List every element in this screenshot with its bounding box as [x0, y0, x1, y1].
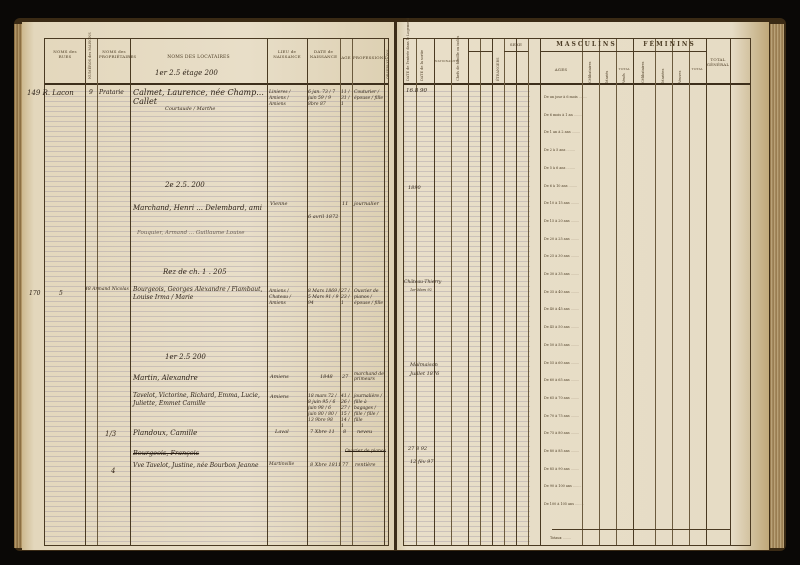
col-divider — [706, 39, 707, 545]
entry-date-note: Malmaison — [410, 363, 438, 368]
age-group: De 100 à 105 ans — [544, 502, 584, 506]
col-divider — [492, 39, 493, 545]
age-group: De 30 à 35 ans — [544, 272, 579, 276]
header-numero: NUMÉROS des MAISONS — [88, 45, 92, 79]
header-masculins: MASCULINS — [540, 42, 633, 47]
col-divider — [451, 39, 452, 545]
entry-date-note: Juillet 1876 — [410, 372, 439, 377]
subheader-line — [468, 51, 492, 52]
entry-age: 11 / 31 / 1 — [341, 90, 352, 108]
col-divider — [655, 39, 656, 545]
floor-heading: 2e 2.5. 200 — [165, 182, 205, 189]
age-group: De 6 à 10 ans — [544, 184, 577, 188]
header-sortie: DATE de la sortie — [420, 43, 424, 81]
age-group: De 6 mois à 1 an — [544, 113, 582, 117]
floor-heading: 1er 2.5 étage 200 — [155, 70, 218, 77]
subheader-mariees: Mariées — [661, 55, 665, 83]
entry-age: 11 — [342, 202, 348, 207]
entry-lieu: Amiens / Chateau / Amiens — [269, 289, 307, 307]
entry-proprietaire: Pratarie — [99, 90, 124, 96]
entry-date: 6 avril 1872 — [308, 215, 338, 220]
floor-heading: 1er 2.5 200 — [165, 354, 206, 361]
col-divider — [434, 39, 435, 545]
margin-note: 1/3 — [105, 430, 116, 438]
entry-date: 6 jan. 73 / 7 juin 59 / 9 8bre 87 — [308, 90, 340, 108]
entry-date-note: 16.8 90 — [406, 89, 427, 95]
entry-nom: Tavelot, Victorine, Richard, Emma, Lucie… — [133, 392, 266, 408]
header-observations: OBSERVATIONS — [386, 45, 390, 79]
subheader-celibataires-m: Célibataires — [588, 55, 592, 83]
entry-nom: Bourgeois, Georges Alexandre / Flambaut,… — [133, 286, 266, 302]
entry-rue: 149 R. Lacon — [27, 90, 74, 97]
subheader-maries: Mariés — [605, 55, 609, 83]
age-group: De 35 à 40 ans — [544, 290, 579, 294]
ruled-lines — [404, 87, 530, 545]
header-date-entree: DATE de l'entrée dans le Logement — [406, 43, 410, 81]
entry-date-note: Château-Thierry — [404, 281, 441, 286]
entry-date: 8 Mars 1869 / 5 Mars 91 / 9 94 — [308, 289, 340, 307]
col-divider — [528, 39, 529, 545]
entry-profession: Ouvrier de pianos / épouse / fille — [354, 289, 384, 307]
entry-lieu: Linieres / Amiens / Amiens — [269, 90, 307, 108]
age-group: De 55 à 60 ans — [544, 361, 579, 365]
entry-profession: neveu — [357, 430, 372, 435]
age-group: De 2 à 5 ans — [544, 148, 575, 152]
age-group: De 80 à 85 ans — [544, 449, 579, 453]
right-table: DATE de l'entrée dans le Logement DATE d… — [403, 38, 751, 546]
totals-label: Totaux — [550, 536, 571, 540]
header-date: DATE de NAISSANCE — [308, 49, 339, 59]
left-page: NOMS des RUES NUMÉROS des MAISONS NOMS d… — [22, 22, 395, 550]
age-group: De 90 à 100 ans — [544, 484, 582, 488]
entry-lieu: Martinville — [269, 463, 294, 468]
entry-profession: Couturier / épouse / fille — [354, 90, 384, 102]
entry-nom: Vve Tavelot, Justine, née Bourbon Jeanne — [133, 463, 259, 469]
entry-date: 8 Xbre 1811 — [310, 463, 341, 468]
header-nationalite: NATIONALITÉ — [435, 59, 451, 64]
col-divider — [504, 39, 505, 545]
entry-nom: Marchand, Henri ... Delembard, ami — [133, 202, 265, 215]
age-group: De 85 à 90 ans — [544, 467, 579, 471]
age-group: De 70 à 75 ans — [544, 414, 579, 418]
header-sexe: SEXE — [504, 42, 528, 47]
age-group: De 40 à 45 ans — [544, 307, 579, 311]
header-professions: PROFESSIONS — [353, 55, 384, 60]
entry-nom: Fouquier, Armand ... Guillaume Louise — [137, 231, 244, 237]
col-divider — [480, 39, 481, 545]
floor-heading: Rez de ch. 1 . 205 — [163, 269, 227, 276]
entry-age: 41 / 26 / 27 / 15 / 14 / 1 — [341, 394, 352, 430]
entry-age: 77 — [342, 463, 348, 468]
margin-note: 4 — [111, 467, 115, 475]
entry-lieu: Amiens — [270, 375, 289, 380]
col-divider — [616, 39, 617, 545]
age-group: De 25 à 30 ans — [544, 254, 579, 258]
entry-date-note: 1890 — [408, 186, 421, 191]
col-divider — [384, 39, 385, 545]
entry-profession: rentière — [355, 463, 376, 468]
entry-profession: marchand de primeurs — [354, 372, 384, 382]
age-group: De 65 à 70 ans — [544, 396, 579, 400]
age-group: De 45 à 50 ans — [544, 325, 579, 329]
header-famille: Chefs de famille ou isolés — [456, 43, 460, 81]
age-group: De 10 à 15 ans — [544, 201, 579, 205]
col-divider — [516, 39, 517, 545]
header-etrangers: ÉTRANGERS — [496, 43, 500, 81]
entry-nom: Plandoux, Camille — [133, 430, 197, 437]
entry-nom: Martin, Alexandre — [133, 375, 198, 382]
entry-nom-struck: Bourgeois, François — [133, 450, 199, 457]
subheader-celibataires-f: Célibataires — [641, 55, 645, 83]
age-group-list: De un jour à 6 mois De 6 mois à 1 an De … — [540, 95, 582, 535]
entry-date-note: 12 fév 97 — [410, 460, 434, 465]
right-page: DATE de l'entrée dans le Logement DATE d… — [397, 22, 769, 550]
entry-lieu: Amiens — [270, 395, 289, 400]
entry-rue: 170 — [29, 291, 40, 297]
entry-numero: 5 — [59, 291, 63, 297]
entry-profession: journalière / fille à bagages / fille / … — [354, 394, 384, 424]
age-group: De un jour à 6 mois — [544, 95, 587, 99]
page-edges-right — [770, 24, 784, 548]
entry-date: 1848 — [320, 375, 333, 380]
subheader-ages: AGES — [541, 67, 581, 72]
age-group: De 50 à 55 ans — [544, 343, 579, 347]
entry-proprietaire: 48 Armand Nicolas — [85, 287, 129, 293]
col-divider — [730, 39, 731, 545]
entry-numero: 9 — [89, 90, 93, 96]
col-divider — [130, 39, 131, 545]
col-divider — [468, 39, 469, 545]
left-table: NOMS des RUES NUMÉROS des MAISONS NOMS d… — [44, 38, 389, 546]
col-divider — [267, 39, 268, 545]
header-feminins: FÉMININS — [633, 42, 706, 47]
entry-nom: Calmet, Laurence, née Champ... Callet — [133, 88, 265, 106]
col-divider — [672, 39, 673, 545]
entry-profession-struck: Ouvrier de pianos — [345, 450, 386, 455]
subheader-veuves: Veuves — [678, 55, 682, 83]
header-rue: NOMS des RUES — [47, 49, 83, 59]
entry-date: 18 mars 72 / 8 juin 95 / 6 juin 98 / 6 j… — [308, 394, 340, 424]
header-locataires: NOMS DES LOCATAIRES — [131, 55, 266, 60]
entry-lieu: Vienne — [270, 202, 287, 207]
subheader-total-f: TOTAL — [689, 67, 706, 72]
header-total-general: TOTAL GÉNÉRAL — [706, 57, 730, 67]
entry-date: 7 Xbre 11 — [310, 430, 335, 435]
entry-age: 8 — [343, 430, 346, 435]
header-age: AGE — [340, 55, 352, 60]
entry-profession: journalier — [354, 202, 379, 207]
entry-lieu: Laval — [275, 430, 289, 435]
header-proprietaire: NOMS des PROPRIÉTAIRES — [99, 49, 129, 59]
subheader-total-m: TOTAL — [616, 67, 633, 72]
subheader-line — [504, 51, 528, 52]
entry-date-note: 27 8 92 — [408, 447, 427, 452]
age-group: De 60 à 65 ans — [544, 378, 579, 382]
age-group: De 1 an à 2 ans — [544, 130, 580, 134]
entry-detail: Courtaude / Marthe — [165, 107, 215, 112]
age-group: De 5 à 6 ans — [544, 166, 575, 170]
entry-date-note: 1er Mars 92 — [410, 289, 432, 293]
age-group: De 20 à 25 ans — [544, 237, 579, 241]
col-divider — [352, 39, 353, 545]
age-group: De 75 à 80 ans — [544, 431, 579, 435]
col-divider — [599, 39, 600, 545]
age-group: De 15 à 20 ans — [544, 219, 579, 223]
col-divider — [633, 39, 634, 545]
entry-age: 27 / 23 / 1 — [341, 289, 352, 307]
entry-age: 27 — [342, 375, 348, 380]
header-lieu: LIEU de NAISSANCE — [268, 49, 306, 59]
col-divider — [689, 39, 690, 545]
subheader-line — [540, 51, 706, 52]
